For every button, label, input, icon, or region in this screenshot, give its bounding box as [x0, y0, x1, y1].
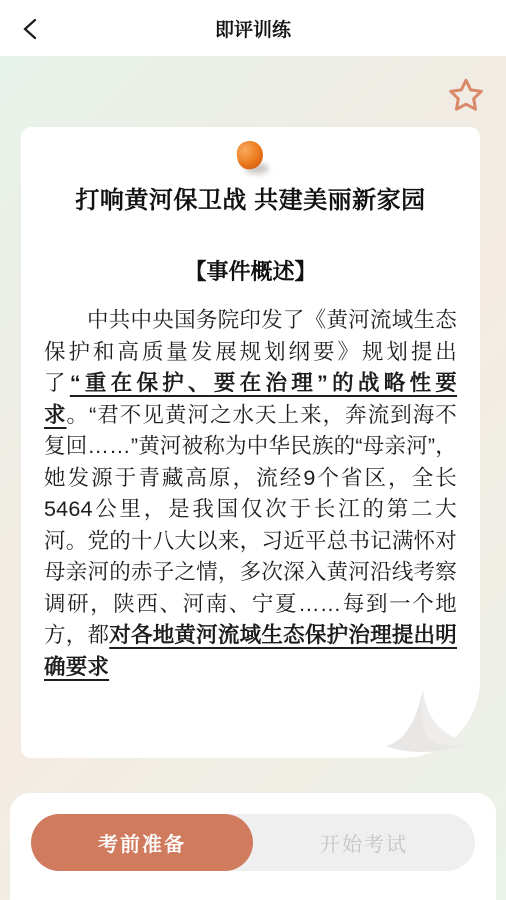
prepare-exam-button[interactable]: 考前准备 — [31, 814, 253, 871]
star-icon — [446, 76, 486, 116]
page-title: 即评训练 — [0, 0, 506, 56]
article-body: 中共中央国务院印发了《黄河流域生态保护和高质量发展规划纲要》规划提出了“重在保护… — [44, 305, 457, 683]
article-title: 打响黄河保卫战 共建美丽新家园 — [44, 187, 457, 215]
bottom-bar: 考前准备 开始考试 — [10, 793, 496, 900]
body-segment-3: 。“君不见黄河之水天上来，奔流到海不复回……”黄河被称为中华民族的“母亲河”，她… — [44, 403, 457, 648]
exam-segment-control: 考前准备 开始考试 — [31, 814, 475, 871]
app-header: 即评训练 — [0, 0, 506, 56]
content-card: 打响黄河保卫战 共建美丽新家园 【事件概述】 中共中央国务院印发了《黄河流域生态… — [21, 127, 480, 758]
pushpin-icon — [233, 139, 269, 177]
section-header: 【事件概述】 — [44, 255, 457, 286]
page-background: 打响黄河保卫战 共建美丽新家园 【事件概述】 中共中央国务院印发了《黄河流域生态… — [0, 56, 506, 900]
start-exam-button[interactable]: 开始考试 — [253, 814, 475, 871]
page-curl-icon — [380, 686, 475, 756]
favorite-button[interactable] — [446, 76, 486, 116]
